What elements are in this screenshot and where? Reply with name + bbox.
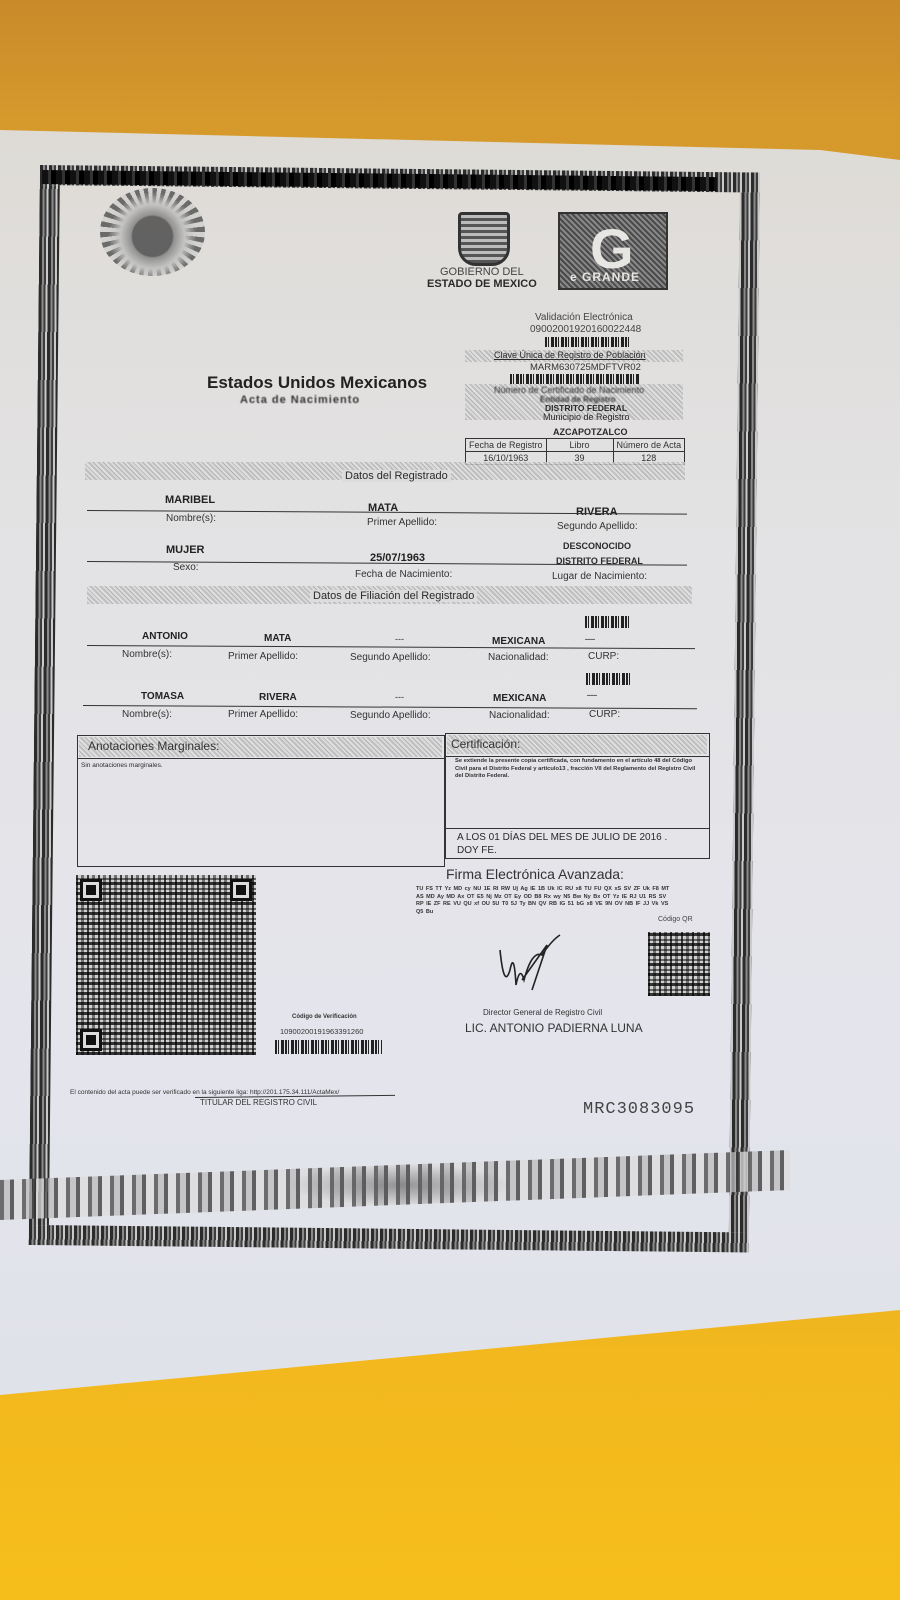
egrande-logo: G e GRANDE (558, 212, 668, 290)
validation-barcode (545, 337, 631, 347)
document-type: Acta de Nacimiento (240, 394, 360, 406)
parent2-label-nacionalidad: Nacionalidad: (489, 710, 550, 721)
estado-de-mexico-shield-icon (458, 212, 510, 266)
registrant-nombre: MARIBEL (165, 494, 215, 506)
certification-title: Certificación: (451, 737, 520, 751)
annotations-text: Sin anotaciones marginales. (81, 762, 163, 769)
municipio-value: AZCAPOTZALCO (553, 427, 628, 437)
validation-number: 09002001920160022448 (530, 324, 641, 335)
gov-line2: ESTADO DE MEXICO (427, 278, 537, 290)
parent2-nombre: TOMASA (141, 691, 184, 702)
label-sexo: Sexo: (173, 562, 199, 573)
header-libro: Libro (546, 439, 613, 452)
registrant-lugar-line1: DESCONOCIDO (563, 541, 631, 551)
label-fecha-nacimiento: Fecha de Nacimiento: (355, 569, 452, 580)
registrant-sexo: MUJER (166, 544, 205, 556)
label-lugar-nacimiento: Lugar de Nacimiento: (552, 571, 647, 582)
country-title: Estados Unidos Mexicanos (207, 373, 427, 393)
parent2-primer-apellido: RIVERA (259, 692, 297, 703)
label-segundo-apellido: Segundo Apellido: (557, 521, 638, 532)
parent2-label-primer-apellido: Primer Apellido: (228, 709, 298, 720)
label-nombre: Nombre(s): (166, 513, 216, 524)
signature-title: Firma Electrónica Avanzada: (446, 866, 624, 882)
header-numero-acta: Número de Acta (613, 439, 685, 452)
certification-doy-fe: DOY FE. (457, 845, 497, 856)
parent1-curp-barcode (585, 616, 630, 628)
titular-label: TITULAR DEL REGISTRO CIVIL (200, 1098, 317, 1107)
logo-word: e GRANDE (570, 270, 640, 284)
certification-text: Se extiende la presente copia certificad… (455, 758, 705, 781)
verification-code: 10900200191963391260 (280, 1027, 363, 1036)
parent2-label-segundo-apellido: Segundo Apellido: (350, 710, 431, 721)
parent2-curp-barcode (586, 673, 632, 685)
parent1-curp: — (585, 634, 595, 645)
cert-number-label: Número de Certificado de Nacimiento (494, 385, 644, 395)
director-signature (492, 930, 562, 1000)
parent1-label-nombre: Nombre(s): (122, 649, 172, 660)
registry-table: Fecha de Registro Libro Número de Acta 1… (465, 438, 685, 465)
signature-hash: TU FS TT Yz MD cy NU 1E RI RW Uj Ag IE 1… (416, 886, 676, 916)
verification-label: Código de Verificación (292, 1014, 357, 1020)
director-name: LIC. ANTONIO PADIERNA LUNA (465, 1021, 643, 1035)
certification-date: A LOS 01 DÍAS DEL MES DE JULIO DE 2016 . (457, 832, 667, 843)
curp-barcode (510, 374, 640, 384)
parent1-label-primer-apellido: Primer Apellido: (228, 651, 298, 662)
parent1-segundo-apellido: --- (395, 634, 404, 644)
municipio-label: Municipio de Registro (543, 412, 630, 422)
validation-label: Validación Electrónica (535, 312, 633, 323)
parent2-label-curp: CURP: (589, 709, 620, 720)
qr-code-large (76, 875, 256, 1055)
label-primer-apellido: Primer Apellido: (367, 517, 437, 528)
gov-line1: GOBIERNO DEL (440, 266, 524, 278)
verification-barcode (275, 1040, 382, 1054)
parent1-primer-apellido: MATA (264, 633, 291, 644)
director-title: Director General de Registro Civil (483, 1008, 602, 1017)
section-title-registrant: Datos del Registrado (342, 470, 451, 482)
parent1-label-nacionalidad: Nacionalidad: (488, 652, 549, 663)
parent1-nacionalidad: MEXICANA (492, 636, 545, 647)
serial-number: MRC3083095 (583, 1100, 695, 1119)
mexican-coat-of-arms-icon (100, 188, 205, 276)
parent1-label-curp: CURP: (588, 651, 619, 662)
annotations-title: Anotaciones Marginales: (88, 739, 219, 753)
registrant-segundo-apellido: RIVERA (576, 506, 618, 518)
curp-value: MARM630725MDFTVR02 (530, 362, 641, 373)
parent1-nombre: ANTONIO (142, 631, 188, 642)
qr-code-small (648, 932, 710, 996)
qr-label: Código QR (658, 916, 693, 923)
parent2-curp: — (587, 690, 597, 701)
header-fecha-registro: Fecha de Registro (466, 439, 547, 452)
parent2-nacionalidad: MEXICANA (493, 693, 546, 704)
section-title-filiation: Datos de Filiación del Registrado (310, 590, 477, 602)
parent2-segundo-apellido: --- (395, 692, 404, 702)
parent2-label-nombre: Nombre(s): (122, 709, 172, 720)
parent1-label-segundo-apellido: Segundo Apellido: (350, 652, 431, 663)
curp-label: Clave Única de Registro de Población (494, 350, 646, 360)
